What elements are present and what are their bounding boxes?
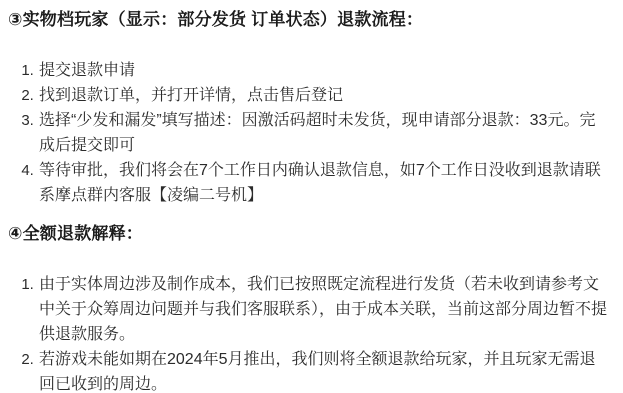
list-item: 找到退款订单，并打开详情，点击售后登记 — [38, 83, 611, 108]
refund-policy-document: ③实物档玩家（显示：部分发货 订单状态）退款流程： 提交退款申请 找到退款订单，… — [0, 0, 623, 393]
list-item: 由于实体周边涉及制作成本，我们已按照既定流程进行发货（若未收到请参考文中关于众筹… — [38, 272, 611, 347]
section-heading-physical-tier-refund-flow: ③实物档玩家（显示：部分发货 订单状态）退款流程： — [8, 7, 611, 32]
list-item: 若游戏未能如期在2024年5月推出，我们则将全额退款给玩家，并且玩家无需退回已收… — [38, 347, 611, 393]
refund-steps-list: 提交退款申请 找到退款订单，并打开详情，点击售后登记 选择“少发和漏发”填写描述… — [8, 58, 611, 208]
section-heading-full-refund-explanation: ④全额退款解释： — [8, 221, 611, 246]
list-item: 提交退款申请 — [38, 58, 611, 83]
full-refund-explanation-list: 由于实体周边涉及制作成本，我们已按照既定流程进行发货（若未收到请参考文中关于众筹… — [8, 272, 611, 393]
list-item: 等待审批，我们将会在7个工作日内确认退款信息，如7个工作日没收到退款请联系摩点群… — [38, 158, 611, 208]
list-item: 选择“少发和漏发”填写描述：因激活码超时未发货，现申请部分退款：33元。完成后提… — [38, 108, 611, 158]
